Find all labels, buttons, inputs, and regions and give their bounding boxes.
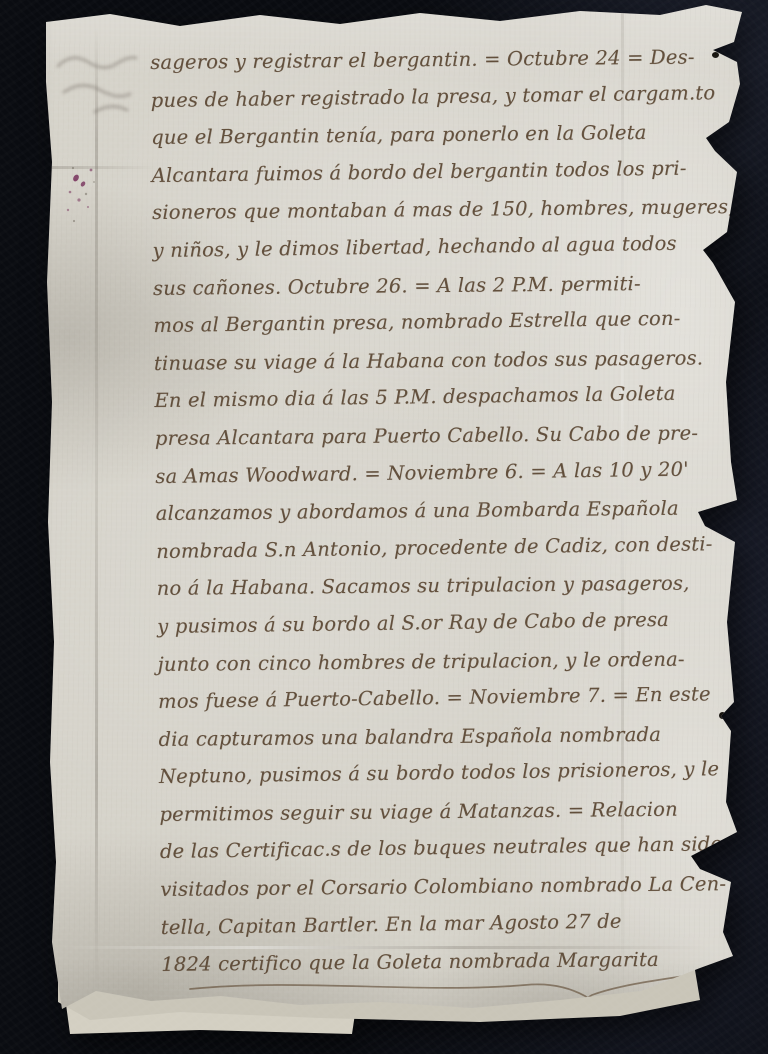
manuscript-page: sageros y registrar el bergantin. = Octu… — [0, 0, 768, 1054]
worm-hole — [712, 52, 719, 58]
paper-stack: sageros y registrar el bergantin. = Octu… — [0, 0, 768, 1054]
manuscript-line: y niños, y le dimos libertad, hechando a… — [152, 225, 664, 270]
worm-hole — [719, 712, 726, 719]
manuscript-line: 1824 certifico que la Goleta nombrada Ma… — [161, 941, 673, 984]
backdrop: sageros y registrar el bergantin. = Octu… — [0, 0, 768, 1054]
fold-crease — [48, 166, 158, 169]
manuscript-line: Alcantara fuimos á bordo del bergantin t… — [151, 150, 663, 195]
manuscript-line: pues de haber registrado la presa, y tom… — [150, 74, 662, 119]
manuscript-line: Neptuno, pusimos á su bordo todos los pr… — [159, 751, 671, 796]
manuscript-line: mos al Bergantin presa, nombrado Estrell… — [153, 300, 665, 345]
manuscript-line: mos fuese á Puerto-Cabello. = Noviembre … — [158, 676, 670, 721]
manuscript-line: de las Certificac.s de los buques neutra… — [160, 826, 672, 871]
manuscript-line: En el mismo dia á las 5 P.M. despachamos… — [154, 375, 666, 420]
manuscript-line: nombrada S.n Antonio, procedente de Cadi… — [156, 526, 668, 571]
manuscript-line: tella, Capitan Bartler. En la mar Agosto… — [161, 901, 673, 946]
manuscript-line: sa Amas Woodward. = Noviembre 6. = A las… — [155, 450, 667, 495]
manuscript-line: y pusimos á su bordo al S.or Ray de Cabo… — [157, 601, 669, 646]
manuscript-text: sageros y registrar el bergantin. = Octu… — [150, 38, 673, 984]
fold-crease — [95, 26, 98, 994]
